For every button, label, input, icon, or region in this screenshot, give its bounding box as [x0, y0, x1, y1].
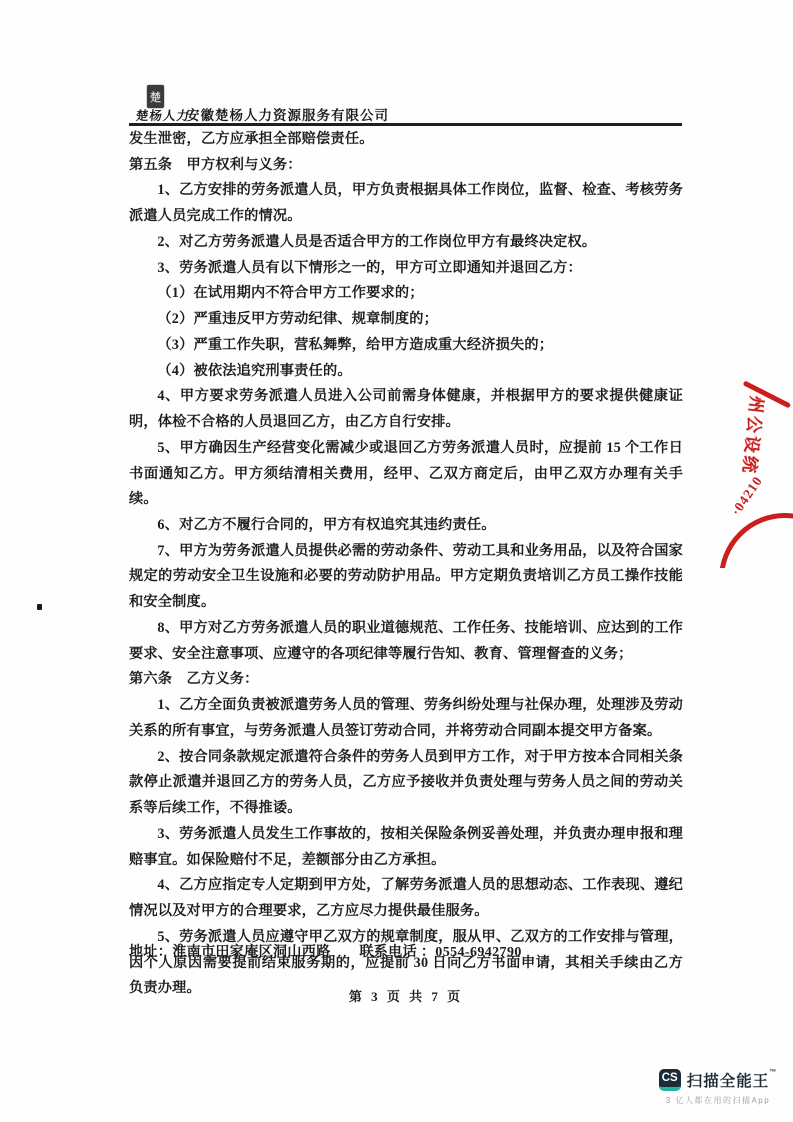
scanner-watermark: CS 扫描全能王™ 3 亿人都在用的扫描App	[653, 1069, 783, 1106]
contract-subitem: （3）严重工作失职，营私舞弊，给甲方造成重大经济损失的；	[129, 333, 683, 359]
contract-paragraph: 4、乙方应指定专人定期到甲方处，了解劳务派遣人员的思想动态、工作表现、遵纪情况以…	[129, 873, 683, 924]
section-heading-article5: 第五条 甲方权利与义务：	[129, 153, 683, 179]
company-name: 安徽楚杨人力资源服务有限公司	[186, 104, 389, 124]
contract-subitem: （4）被依法追究刑事责任的。	[129, 359, 683, 385]
address-phone-line: 地址：淮南市田家庵区洞山西路 联系电话 ：0554-6942790	[129, 941, 683, 961]
seal-script-text: 州公设统	[738, 395, 771, 477]
scanned-contract-page: 楚 楚杨人力 安徽楚杨人力资源服务有限公司 发生泄密，乙方应承担全部赔偿责任。 …	[0, 0, 793, 1122]
contract-paragraph: 4、甲方要求劳务派遣人员进入公司前需身体健康，并根据甲方的要求提供健康证明，体检…	[129, 384, 683, 435]
contract-paragraph: 发生泄密，乙方应承担全部赔偿责任。	[129, 127, 683, 153]
seal-stroke	[743, 380, 791, 408]
scanner-app-name-text: 扫描全能王	[687, 1073, 770, 1090]
section-heading-article6: 第六条 乙方义务：	[129, 667, 683, 693]
contract-paragraph: 6、对乙方不履行合同的，甲方有权追究其违约责任。	[129, 513, 683, 539]
contract-paragraph: 3、劳务派遣人员发生工作事故的，按相关保险条例妥善处理，并负责办理申报和理赔事宜…	[129, 822, 683, 873]
contract-paragraph: 5、甲方确因生产经营变化需减少或退回乙方劳务派遣人员时，应提前 15 个工作日书…	[129, 436, 683, 513]
page-number: 第 3 页 共 7 页	[129, 986, 683, 1005]
red-seal-fragment: 州公设统 ·04210	[715, 380, 793, 568]
contract-body: 发生泄密，乙方应承担全部赔偿责任。 第五条 甲方权利与义务： 1、乙方安排的劳务…	[129, 127, 683, 1002]
contract-paragraph: 8、甲方对乙方劳务派遣人员的职业道德规范、工作任务、技能培训、应达到的工作要求、…	[129, 616, 683, 667]
contract-paragraph: 2、对乙方劳务派遣人员是否适合甲方的工作岗位甲方有最终决定权。	[129, 230, 683, 256]
contract-subitem: （1）在试用期内不符合甲方工作要求的；	[129, 281, 683, 307]
contract-paragraph: 2、按合同条款规定派遣符合条件的劳务人员到甲方工作，对于甲方按本合同相关条款停止…	[129, 745, 683, 822]
camscanner-logo-icon: CS	[659, 1069, 681, 1091]
contract-subitem: （2）严重违反甲方劳动纪律、规章制度的；	[129, 307, 683, 333]
contract-paragraph: 1、乙方全面负责被派遣劳务人员的管理、劳务纠纷处理与社保办理，处理涉及劳动关系的…	[129, 693, 683, 744]
company-seal-logo-icon: 楚	[147, 85, 164, 108]
contract-paragraph: 1、乙方安排的劳务派遣人员，甲方负责根据具体工作岗位，监督、检查、考核劳务派遣人…	[129, 178, 683, 229]
scanner-app-name: 扫描全能王™	[687, 1069, 778, 1091]
seal-number: ·04210	[728, 473, 766, 519]
scan-speck	[37, 604, 42, 610]
header-divider	[129, 123, 682, 126]
trademark-symbol: ™	[769, 1069, 777, 1076]
contract-paragraph: 7、甲方为劳务派遣人员提供必需的劳动条件、劳动工具和业务用品，以及符合国家规定的…	[129, 539, 683, 616]
seal-arc	[719, 513, 793, 568]
scanner-tagline: 3 亿人都在用的扫描App	[653, 1095, 783, 1106]
contract-paragraph: 3、劳务派遣人员有以下情形之一的，甲方可立即通知并退回乙方：	[129, 256, 683, 282]
